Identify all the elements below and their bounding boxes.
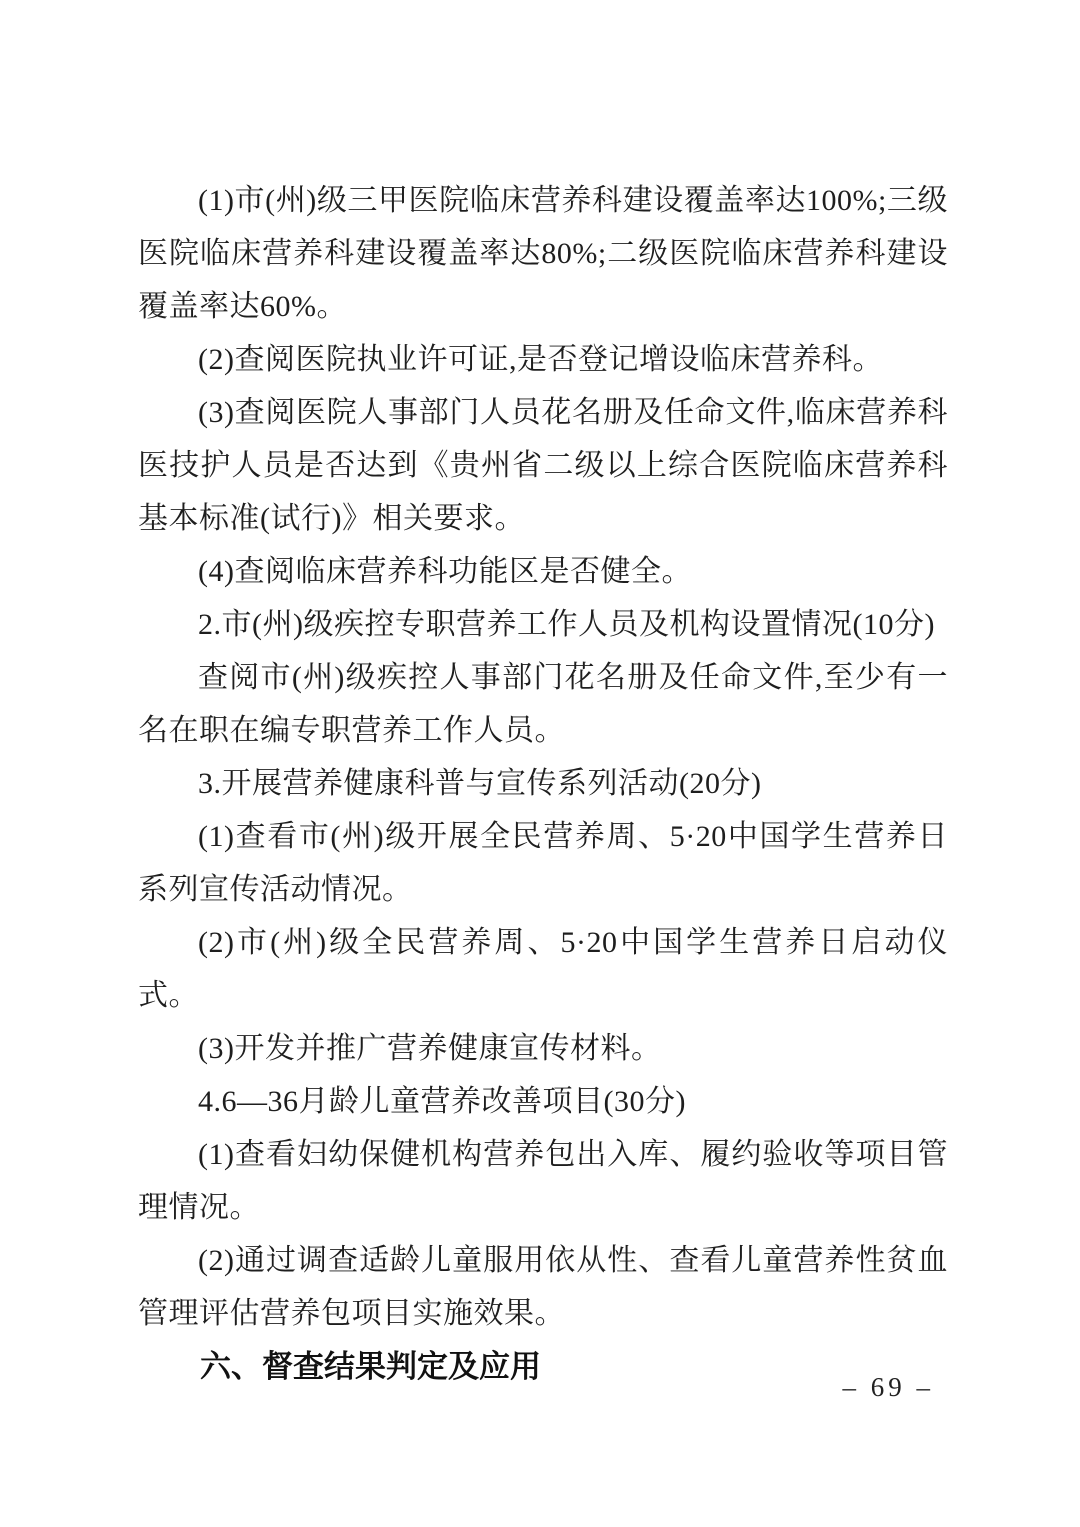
body-paragraph: (1)查看妇幼保健机构营养包出入库、履约验收等项目管理情况。: [138, 1128, 948, 1234]
body-paragraph: (2)市(州)级全民营养周、5·20中国学生营养日启动仪式。: [138, 916, 948, 1022]
body-paragraph: (2)通过调查适龄儿童服用依从性、查看儿童营养性贫血管理评估营养包项目实施效果。: [138, 1234, 948, 1340]
body-paragraph: (2)查阅医院执业许可证,是否登记增设临床营养科。: [138, 333, 948, 386]
body-paragraph: 3.开展营养健康科普与宣传系列活动(20分): [138, 757, 948, 810]
document-page: (1)市(州)级三甲医院临床营养科建设覆盖率达100%;三级医院临床营养科建设覆…: [0, 0, 1080, 1527]
document-body: (1)市(州)级三甲医院临床营养科建设覆盖率达100%;三级医院临床营养科建设覆…: [138, 174, 948, 1393]
page-number: – 69 –: [843, 1372, 935, 1403]
body-paragraph: (3)查阅医院人事部门人员花名册及任命文件,临床营养科医技护人员是否达到《贵州省…: [138, 386, 948, 545]
body-paragraph: (1)市(州)级三甲医院临床营养科建设覆盖率达100%;三级医院临床营养科建设覆…: [138, 174, 948, 333]
body-paragraph: (1)查看市(州)级开展全民营养周、5·20中国学生营养日系列宣传活动情况。: [138, 810, 948, 916]
body-paragraph: 查阅市(州)级疾控人事部门花名册及任命文件,至少有一名在职在编专职营养工作人员。: [138, 651, 948, 757]
body-paragraph: (3)开发并推广营养健康宣传材料。: [138, 1022, 948, 1075]
body-paragraph: 4.6—36月龄儿童营养改善项目(30分): [138, 1075, 948, 1128]
body-paragraph: (4)查阅临床营养科功能区是否健全。: [138, 545, 948, 598]
section-heading: 六、督查结果判定及应用: [138, 1340, 948, 1393]
body-paragraph: 2.市(州)级疾控专职营养工作人员及机构设置情况(10分): [138, 598, 948, 651]
